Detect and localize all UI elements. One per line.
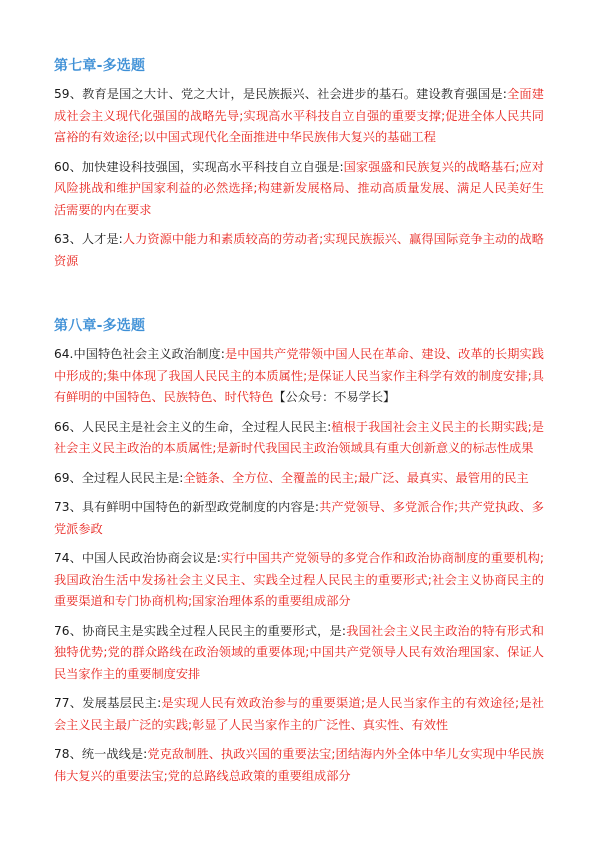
question-item: 77、发展基层民主:是实现人民有效政治参与的重要渠道;是人民当家作主的有效途径;… [54, 693, 544, 736]
question-text: 77、发展基层民主: [54, 696, 161, 710]
question-item: 76、协商民主是实践全过程人民民主的重要形式，是:我国社会主义民主政治的特有形式… [54, 621, 544, 686]
question-text: 66、人民民主是社会主义的生命，全过程人民民主: [54, 420, 331, 434]
section-spacer [54, 280, 544, 316]
question-item: 78、统一战线是:党克敌制胜、执政兴国的重要法宝;团结海内外全体中华儿女实现中华… [54, 744, 544, 787]
question-text: 64.中国特色社会主义政治制度: [54, 347, 225, 361]
question-text: 69、全过程人民民主是: [54, 471, 183, 485]
question-text: 59、教育是国之大计、党之大计，是民族振兴、社会进步的基石。建设教育强国是: [54, 87, 507, 101]
document-page: 第七章-多选题 59、教育是国之大计、党之大计，是民族振兴、社会进步的基石。建设… [54, 56, 544, 795]
question-text: 74、中国人民政治协商会议是: [54, 551, 221, 565]
question-item: 64.中国特色社会主义政治制度:是中国共产党带领中国人民在革命、建设、改革的长期… [54, 344, 544, 409]
question-item: 73、具有鲜明中国特色的新型政党制度的内容是:共产党领导、多党派合作;共产党执政… [54, 497, 544, 540]
question-text: 63、人才是: [54, 232, 123, 246]
answer-text: 人力资源中能力和素质较高的劳动者;实现民族振兴、赢得国际竞争主动的战略资源 [54, 232, 544, 268]
question-item: 60、加快建设科技强国，实现高水平科技自立自强是:国家强盛和民族复兴的战略基石;… [54, 157, 544, 222]
section-heading: 第七章-多选题 [54, 56, 544, 76]
question-text: 78、统一战线是: [54, 747, 147, 761]
section-chapter-7: 第七章-多选题 59、教育是国之大计、党之大计，是民族振兴、社会进步的基石。建设… [54, 56, 544, 272]
question-text: 76、协商民主是实践全过程人民民主的重要形式，是: [54, 624, 346, 638]
question-item: 59、教育是国之大计、党之大计，是民族振兴、社会进步的基石。建设教育强国是:全面… [54, 84, 544, 149]
question-text: 60、加快建设科技强国，实现高水平科技自立自强是: [54, 160, 344, 174]
question-text: 73、具有鲜明中国特色的新型政党制度的内容是: [54, 500, 319, 514]
answer-text: 全链条、全方位、全覆盖的民主;最广泛、最真实、最管用的民主 [183, 471, 528, 485]
source-note: 【公众号：不易学长】 [273, 390, 395, 404]
section-heading: 第八章-多选题 [54, 316, 544, 336]
question-item: 66、人民民主是社会主义的生命，全过程人民民主:植根于我国社会主义民主的长期实践… [54, 417, 544, 460]
question-item: 63、人才是:人力资源中能力和素质较高的劳动者;实现民族振兴、赢得国际竞争主动的… [54, 229, 544, 272]
question-item: 74、中国人民政治协商会议是:实行中国共产党领导的多党合作和政治协商制度的重要机… [54, 548, 544, 613]
section-chapter-8: 第八章-多选题 64.中国特色社会主义政治制度:是中国共产党带领中国人民在革命、… [54, 316, 544, 787]
question-item: 69、全过程人民民主是:全链条、全方位、全覆盖的民主;最广泛、最真实、最管用的民… [54, 468, 544, 490]
